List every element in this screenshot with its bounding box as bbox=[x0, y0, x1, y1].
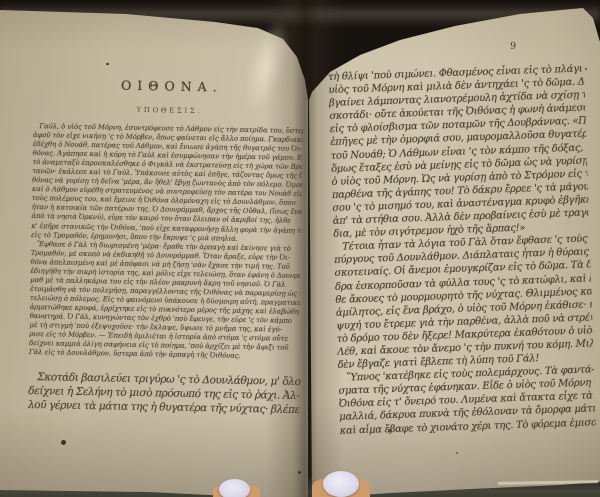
page-number: 9 bbox=[510, 41, 516, 52]
hypothesis-paragraph: Γαύλ, ὁ υἱὸς τοῦ Μόρνη, ἐσυντρόφευσε τὸ … bbox=[29, 122, 303, 362]
poem-opening-paragraph: Σκοτάδι βασιλεύει τριγύρω 'ς τὸ Δουνλάθμ… bbox=[28, 371, 299, 417]
foxing-spot bbox=[456, 452, 458, 454]
section-heading: ΥΠΟΘΕΣΙΣ. bbox=[33, 104, 303, 117]
foxing-spot bbox=[106, 63, 109, 65]
foxing-spot bbox=[298, 471, 301, 474]
right-thumb-nail bbox=[323, 471, 359, 497]
book-photo: ΟΙΘΟΝΑ. ΥΠΟΘΕΣΙΣ. Γαύλ, ὁ υἱὸς τοῦ Μόρνη… bbox=[0, 0, 600, 497]
printer-signature-mark bbox=[388, 429, 392, 432]
left-page-text-block: ΟΙΘΟΝΑ. ΥΠΟΘΕΣΙΣ. Γαύλ, ὁ υἱὸς τοῦ Μόρνη… bbox=[28, 76, 304, 418]
left-thumb-nail bbox=[219, 479, 250, 497]
foxing-spot bbox=[61, 440, 66, 445]
foxing-spot bbox=[96, 493, 98, 495]
body-text: τὴ θλίψι 'ποὺ σιμώνει. Φθασμένος εἶναι ε… bbox=[328, 62, 596, 437]
foxing-spot bbox=[585, 68, 587, 70]
